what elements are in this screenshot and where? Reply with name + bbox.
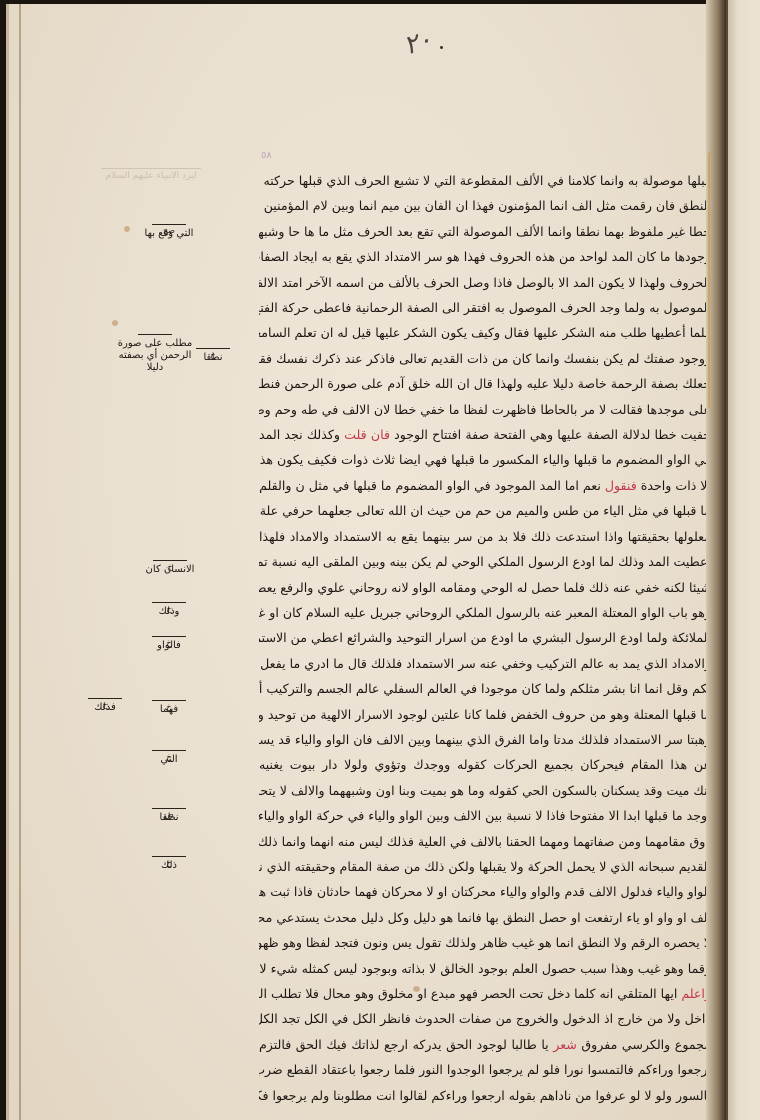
text-line: خفيت خطا لدلالة الصفة عليها وهي الفتحة ص… [259, 422, 711, 447]
text-line: القديم سبحانه الذي لا يحمل الحركة ولا يق… [259, 854, 711, 879]
margin-note: خ وذلك [147, 602, 191, 618]
text-line: وهو باب الواو المعتلة المعبر عنه بالرسول… [259, 600, 711, 625]
text-line: الموصول به ولما وجد الحرف الموصول به افت… [259, 295, 711, 320]
rubric-word: فنقول [605, 478, 637, 493]
correction-mark: خ [153, 560, 187, 563]
text-line: الحروف ولهذا لا يكون المد الا بالوصل فاذ… [259, 270, 711, 295]
margin-note-text: نطقا [159, 812, 178, 823]
margin-note-text: الانسان كان [146, 564, 195, 575]
main-text-block: قبلها موصولة به وانما كلامنا في الألف ال… [259, 168, 711, 1108]
text-line: يوجد ما قبلها ابدا الا مفتوحا فاذا لا نس… [259, 803, 711, 828]
rubric-word: فان قلت [344, 427, 390, 442]
text-line: النطق فان رقمت مثل الف انما المؤمنون فهذ… [259, 193, 711, 218]
correction-mark: خ [152, 750, 186, 753]
text-line: لا يحصره الرقم ولا النطق انما هو غيب ظاه… [259, 930, 711, 955]
margin-note: خ فالواو [147, 636, 191, 652]
text-line: ما قبلها في مثل الياء من طس والميم من حم… [259, 498, 711, 523]
text-line: عن هذا المقام فيحركان بجميع الحركات كقول… [259, 752, 711, 777]
margin-note: خ نطقا [193, 348, 233, 364]
paper-stain [112, 320, 118, 326]
text-line: أعطيت المد وذلك لما اودع الرسول الملكي ا… [259, 549, 711, 574]
correction-mark [138, 334, 172, 337]
margin-note: صح التي وقع بها [139, 224, 199, 240]
text-line: وهبتا سر الاستمداد فلذلك مدتا واما الفرق… [259, 727, 711, 752]
text-line: ارجعوا وراءكم فالتمسوا نورا فلو لم يرجعو… [259, 1057, 711, 1082]
text-line: مجموع والكرسي مفروق شعر يا طالبا لوجود ا… [259, 1032, 711, 1057]
text-line: معلولها بحقيقتها واذا استدعت ذلك فلا بد … [259, 524, 711, 549]
margin-note: خ فذلك [83, 698, 127, 714]
text-line: ووجود صفتك لم يكن بنفسك وانما كان من ذات… [259, 346, 711, 371]
folio-dot [440, 46, 443, 49]
margin-note: خ فهما [149, 700, 189, 716]
correction-mark: خ [88, 698, 122, 701]
margin-note-text: وذلك [159, 606, 180, 617]
text-line: خطا غير ملفوظ بهما نطقا وانما الألف المو… [259, 219, 711, 244]
text-line: في الواو المضموم ما قبلها والياء المكسور… [259, 447, 711, 472]
correction-mark: خ [196, 348, 230, 351]
margin-note-text: مطلب على صورة الرحمن أي بصفته دليلا [118, 338, 192, 373]
text-line: واعلم ايها المتلقي انه كلما دخل تحت الحص… [259, 981, 711, 1006]
text-line: على موجدها فقالت لا مر بالحاطا فاظهرت لف… [259, 397, 711, 422]
text-line: الملائكة ولما اودع الرسول البشري ما اودع… [259, 625, 711, 650]
paper-stain [124, 226, 130, 232]
correction-mark: خ [152, 856, 186, 859]
text-line: انك ميت وقد يسكنان بالسكون الحي كقوله وم… [259, 778, 711, 803]
margin-note-text: فهما [160, 704, 178, 715]
margin-note-text: نطقا [203, 352, 222, 363]
correction-mark: خ [152, 700, 186, 703]
margin-note-text: التي وقع بها [145, 228, 194, 239]
margin-note: مطلب على صورة الرحمن أي بصفته دليلا [117, 334, 193, 374]
correction-mark: خ [152, 602, 186, 605]
text-line: شيئا لكنه خفي عنه ذلك فلما حصل له الوحي … [259, 575, 711, 600]
text-line: ذوق مقامهما ومن صفاتهما ومهما الحقنا بال… [259, 829, 711, 854]
text-line: داخل ولا من خارج اذ الدخول والخروج من صف… [259, 1006, 711, 1031]
margin-note: خ الانسان كان [145, 560, 195, 576]
facing-page-edge [726, 0, 760, 1120]
corner-number: ٥٨ [261, 150, 272, 161]
text-line: فلما أعطيها طلب منه الشكر عليها فقال وكي… [259, 320, 711, 345]
margin-note-text: التي [160, 754, 177, 765]
text-line: جعلك بصفة الرحمة خاصة دليلا عليه ولهذا ق… [259, 371, 711, 396]
text-line: بكم وقل انما انا بشر مثلكم ولما كان موجو… [259, 676, 711, 701]
text-line: الا ذات واحدة فنقول نعم اما المد الموجود… [259, 473, 711, 498]
margin-note-text: فذلك [94, 702, 116, 713]
text-line: رقما وهو غيب وهذا سبب حصول العلم بوجود ا… [259, 956, 711, 981]
text-line: الف او واو او ياء ارتفعت او حصل النطق به… [259, 905, 711, 930]
text-line: وجودها ما كان المد لواحد من هذه الحروف ف… [259, 244, 711, 269]
rubric-word: شعر [553, 1037, 577, 1052]
text-line: والامداد الذي يمد به عالم التركيب وخفي ع… [259, 651, 711, 676]
manuscript-page: ٢٠ ٥٨ ليرد الانبياء عليهم السلام قبلها م… [6, 4, 725, 1120]
margin-note-text: ذلك [161, 860, 177, 871]
text-line: ما قبلها المعتلة وهو من حروف الخفض فلما … [259, 702, 711, 727]
text-line: بالسور ولو لا لو عرفوا من ناداهم بقوله ا… [259, 1083, 711, 1108]
text-line: قبلها موصولة به وانما كلامنا في الألف ال… [259, 168, 711, 193]
faint-margin-note: ليرد الانبياء عليهم السلام [101, 168, 201, 183]
correction-mark: صح [152, 224, 186, 227]
correction-mark: ص [152, 808, 186, 811]
margin-note: ص نطقا [149, 808, 189, 824]
margin-note: خ التي [149, 750, 189, 766]
text-line: الواو والياء فدلول الالف قدم والواو والي… [259, 879, 711, 904]
binding-thread [708, 150, 718, 410]
margin-note-text: فالواو [157, 640, 181, 651]
folio-number: ٢٠ [400, 24, 436, 61]
margin-note: خ ذلك [149, 856, 189, 872]
correction-mark: خ [152, 636, 186, 639]
